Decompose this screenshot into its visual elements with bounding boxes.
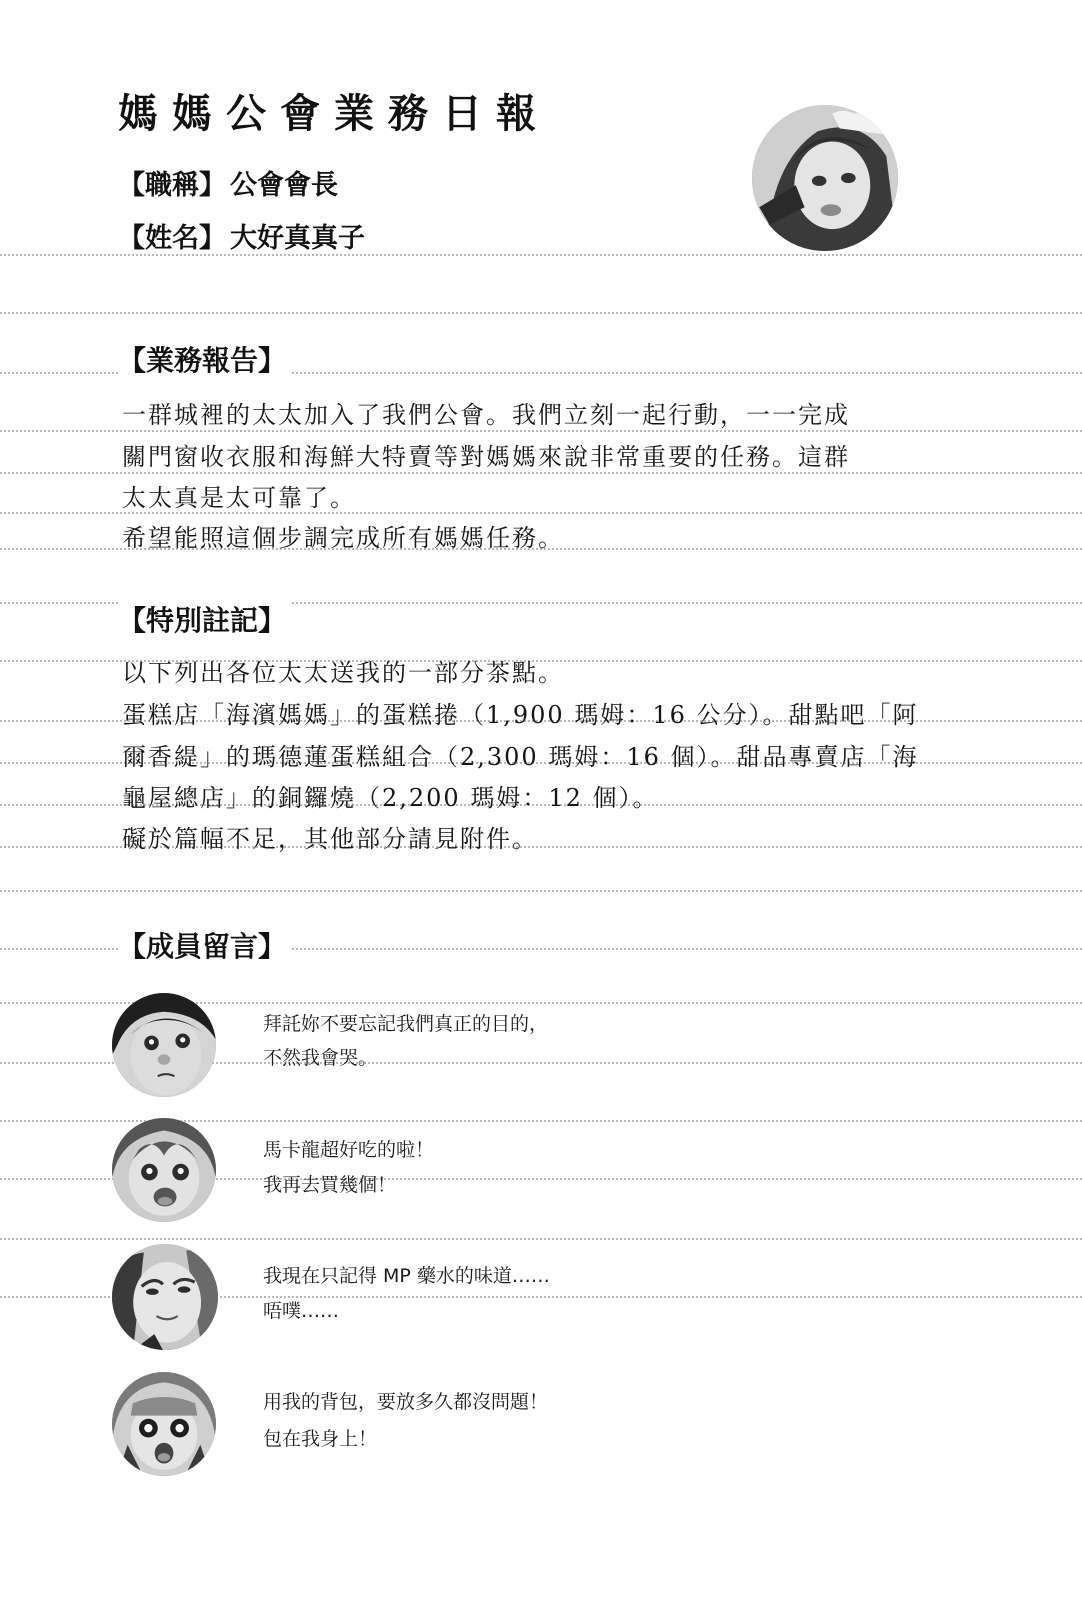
name-value: 大好真真子 <box>230 223 365 254</box>
member-1-comment-line: 拜託妳不要忘記我們真正的目的， <box>263 1010 548 1038</box>
member-1-comment-line: 不然我會哭。 <box>263 1044 377 1072</box>
business-report-line: 希望能照這個步調完成所有媽媽任務。 <box>122 521 564 555</box>
portrait-icon <box>112 993 216 1097</box>
name-line: 【姓名】大好真真子 <box>118 221 365 257</box>
business-report-line: 關門窗收衣服和海鮮大特賣等對媽媽來說非常重要的任務。這群 <box>122 440 850 474</box>
member-1-avatar <box>112 993 216 1097</box>
special-notes-heading: 【特別註記】 <box>118 602 292 640</box>
special-notes-line: 龜屋總店」的銅鑼燒（2,200 瑪姆：12 個）。 <box>122 781 659 815</box>
special-notes-line: 礙於篇幅不足，其他部分請見附件。 <box>122 822 538 856</box>
ruled-line <box>0 1238 1082 1240</box>
job-title-line: 【職稱】公會會長 <box>118 168 338 204</box>
guild-leader-avatar <box>752 105 898 251</box>
job-title-value: 公會會長 <box>230 170 338 201</box>
member-4-avatar <box>112 1372 216 1476</box>
portrait-icon <box>112 1244 218 1350</box>
job-title-label: 【職稱】 <box>118 170 226 201</box>
portrait-icon <box>752 105 898 251</box>
special-notes-line: 爾香緹」的瑪德蓮蛋糕組合（2,300 瑪姆：16 個）。甜品專賣店「海 <box>122 740 919 774</box>
portrait-icon <box>112 1372 216 1476</box>
special-notes-line: 蛋糕店「海濱媽媽」的蛋糕捲（1,900 瑪姆：16 公分）。甜點吧「阿 <box>122 698 919 732</box>
member-2-comment-line: 我再去買幾個！ <box>263 1171 396 1199</box>
member-4-comment-line: 包在我身上！ <box>263 1425 377 1453</box>
business-report-heading: 【業務報告】 <box>118 342 292 380</box>
member-4-comment-line: 用我的背包，要放多久都沒問題！ <box>263 1388 548 1416</box>
business-report-line: 一群城裡的太太加入了我們公會。我們立刻一起行動，一一完成 <box>122 398 850 432</box>
business-report-line: 太太真是太可靠了。 <box>122 481 356 515</box>
special-notes-line: 以下列出各位太太送我的一部分茶點。 <box>122 656 564 690</box>
member-3-comment-line: 我現在只記得 MP 藥水的味道…… <box>263 1262 550 1290</box>
member-2-comment-line: 馬卡龍超好吃的啦！ <box>263 1136 434 1164</box>
report-title: 媽媽公會業務日報 <box>118 88 550 140</box>
member-comments-heading: 【成員留言】 <box>118 928 292 966</box>
portrait-icon <box>112 1118 216 1222</box>
ruled-line <box>0 890 1082 892</box>
ruled-line <box>0 312 1082 314</box>
member-2-avatar <box>112 1118 216 1222</box>
member-3-avatar <box>112 1244 218 1350</box>
member-3-comment-line: 唔噗…… <box>263 1297 339 1325</box>
name-label: 【姓名】 <box>118 223 226 254</box>
